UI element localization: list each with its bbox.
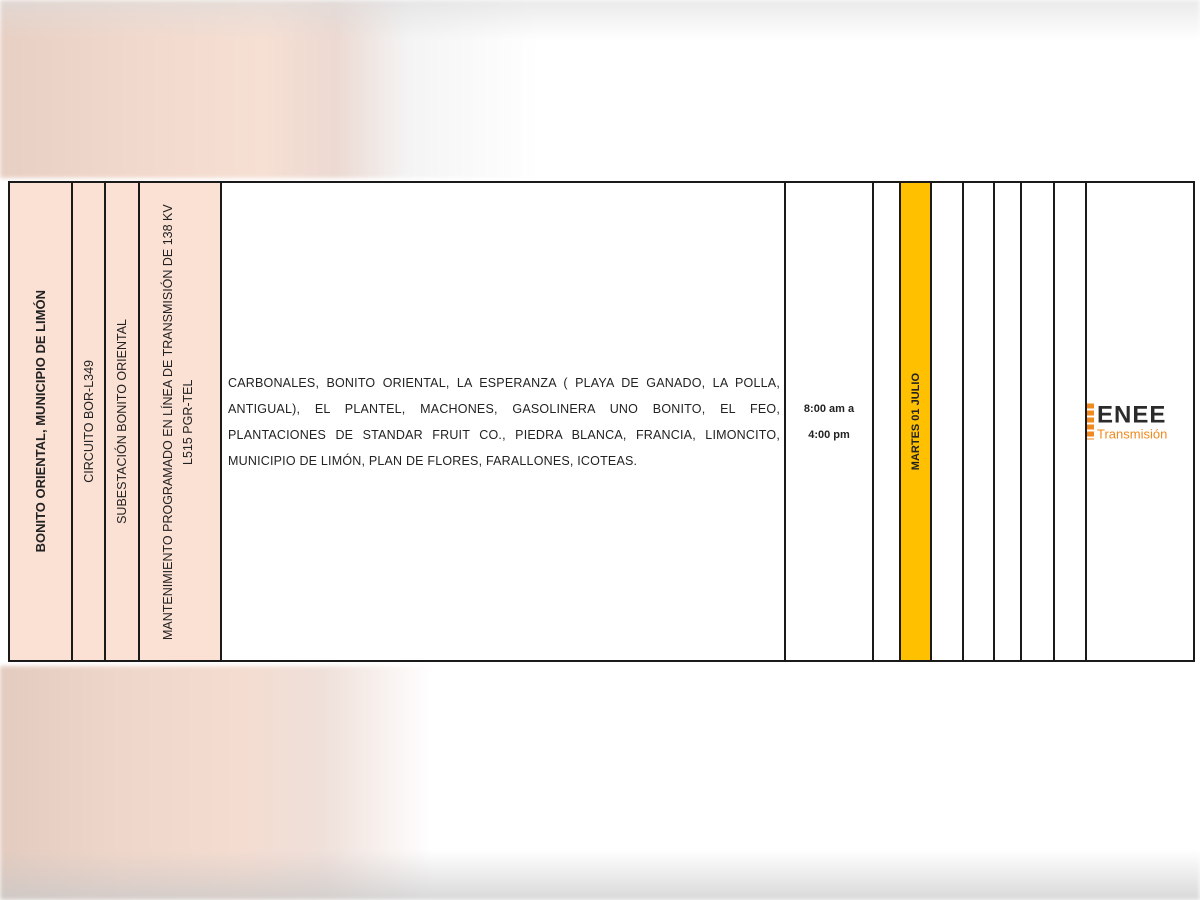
circuit-cell: CIRCUITO BOR-L349	[73, 183, 106, 660]
date-text: MARTES 01 JULIO	[910, 373, 922, 470]
day-cell-4	[964, 183, 995, 660]
sector-cell: BONITO ORIENTAL, MUNICIPIO DE LIMÓN	[10, 183, 73, 660]
communities-cell: CARBONALES, BONITO ORIENTAL, LA ESPERANZ…	[222, 183, 786, 660]
hours-text: 8:00 am a 4:00 pm	[804, 396, 854, 448]
enee-logo-mark-icon	[1087, 404, 1094, 440]
hours-cell: 8:00 am a 4:00 pm	[786, 183, 874, 660]
blurred-background-top	[0, 0, 1200, 178]
outage-schedule-table: BONITO ORIENTAL, MUNICIPIO DE LIMÓN CIRC…	[8, 181, 1195, 662]
hours-start: 8:00 am a	[804, 396, 854, 422]
substation-text: SUBESTACIÓN BONITO ORIENTAL	[112, 319, 132, 524]
circuit-text: CIRCUITO BOR-L349	[79, 360, 99, 483]
work-description-text: MANTENIMIENTO PROGRAMADO EN LÍNEA DE TRA…	[158, 202, 202, 642]
hours-end: 4:00 pm	[804, 422, 854, 448]
day-cell-3	[932, 183, 964, 660]
affected-communities-text: CARBONALES, BONITO ORIENTAL, LA ESPERANZ…	[222, 370, 784, 474]
day-cell-7	[1055, 183, 1087, 660]
sector-text: BONITO ORIENTAL, MUNICIPIO DE LIMÓN	[31, 290, 51, 552]
substation-cell: SUBESTACIÓN BONITO ORIENTAL	[106, 183, 140, 660]
date-cell-highlight: MARTES 01 JULIO	[901, 183, 932, 660]
blurred-background-bottom	[0, 666, 1200, 900]
logo-subtitle: Transmisión	[1097, 427, 1167, 440]
work-description-cell: MANTENIMIENTO PROGRAMADO EN LÍNEA DE TRA…	[140, 183, 222, 660]
day-cell-1	[874, 183, 901, 660]
logo-cell: ENEE Transmisión	[1087, 183, 1193, 660]
day-cell-5	[995, 183, 1022, 660]
logo-name: ENEE	[1097, 403, 1167, 427]
enee-logo: ENEE Transmisión	[1087, 403, 1167, 440]
day-cell-6	[1022, 183, 1055, 660]
